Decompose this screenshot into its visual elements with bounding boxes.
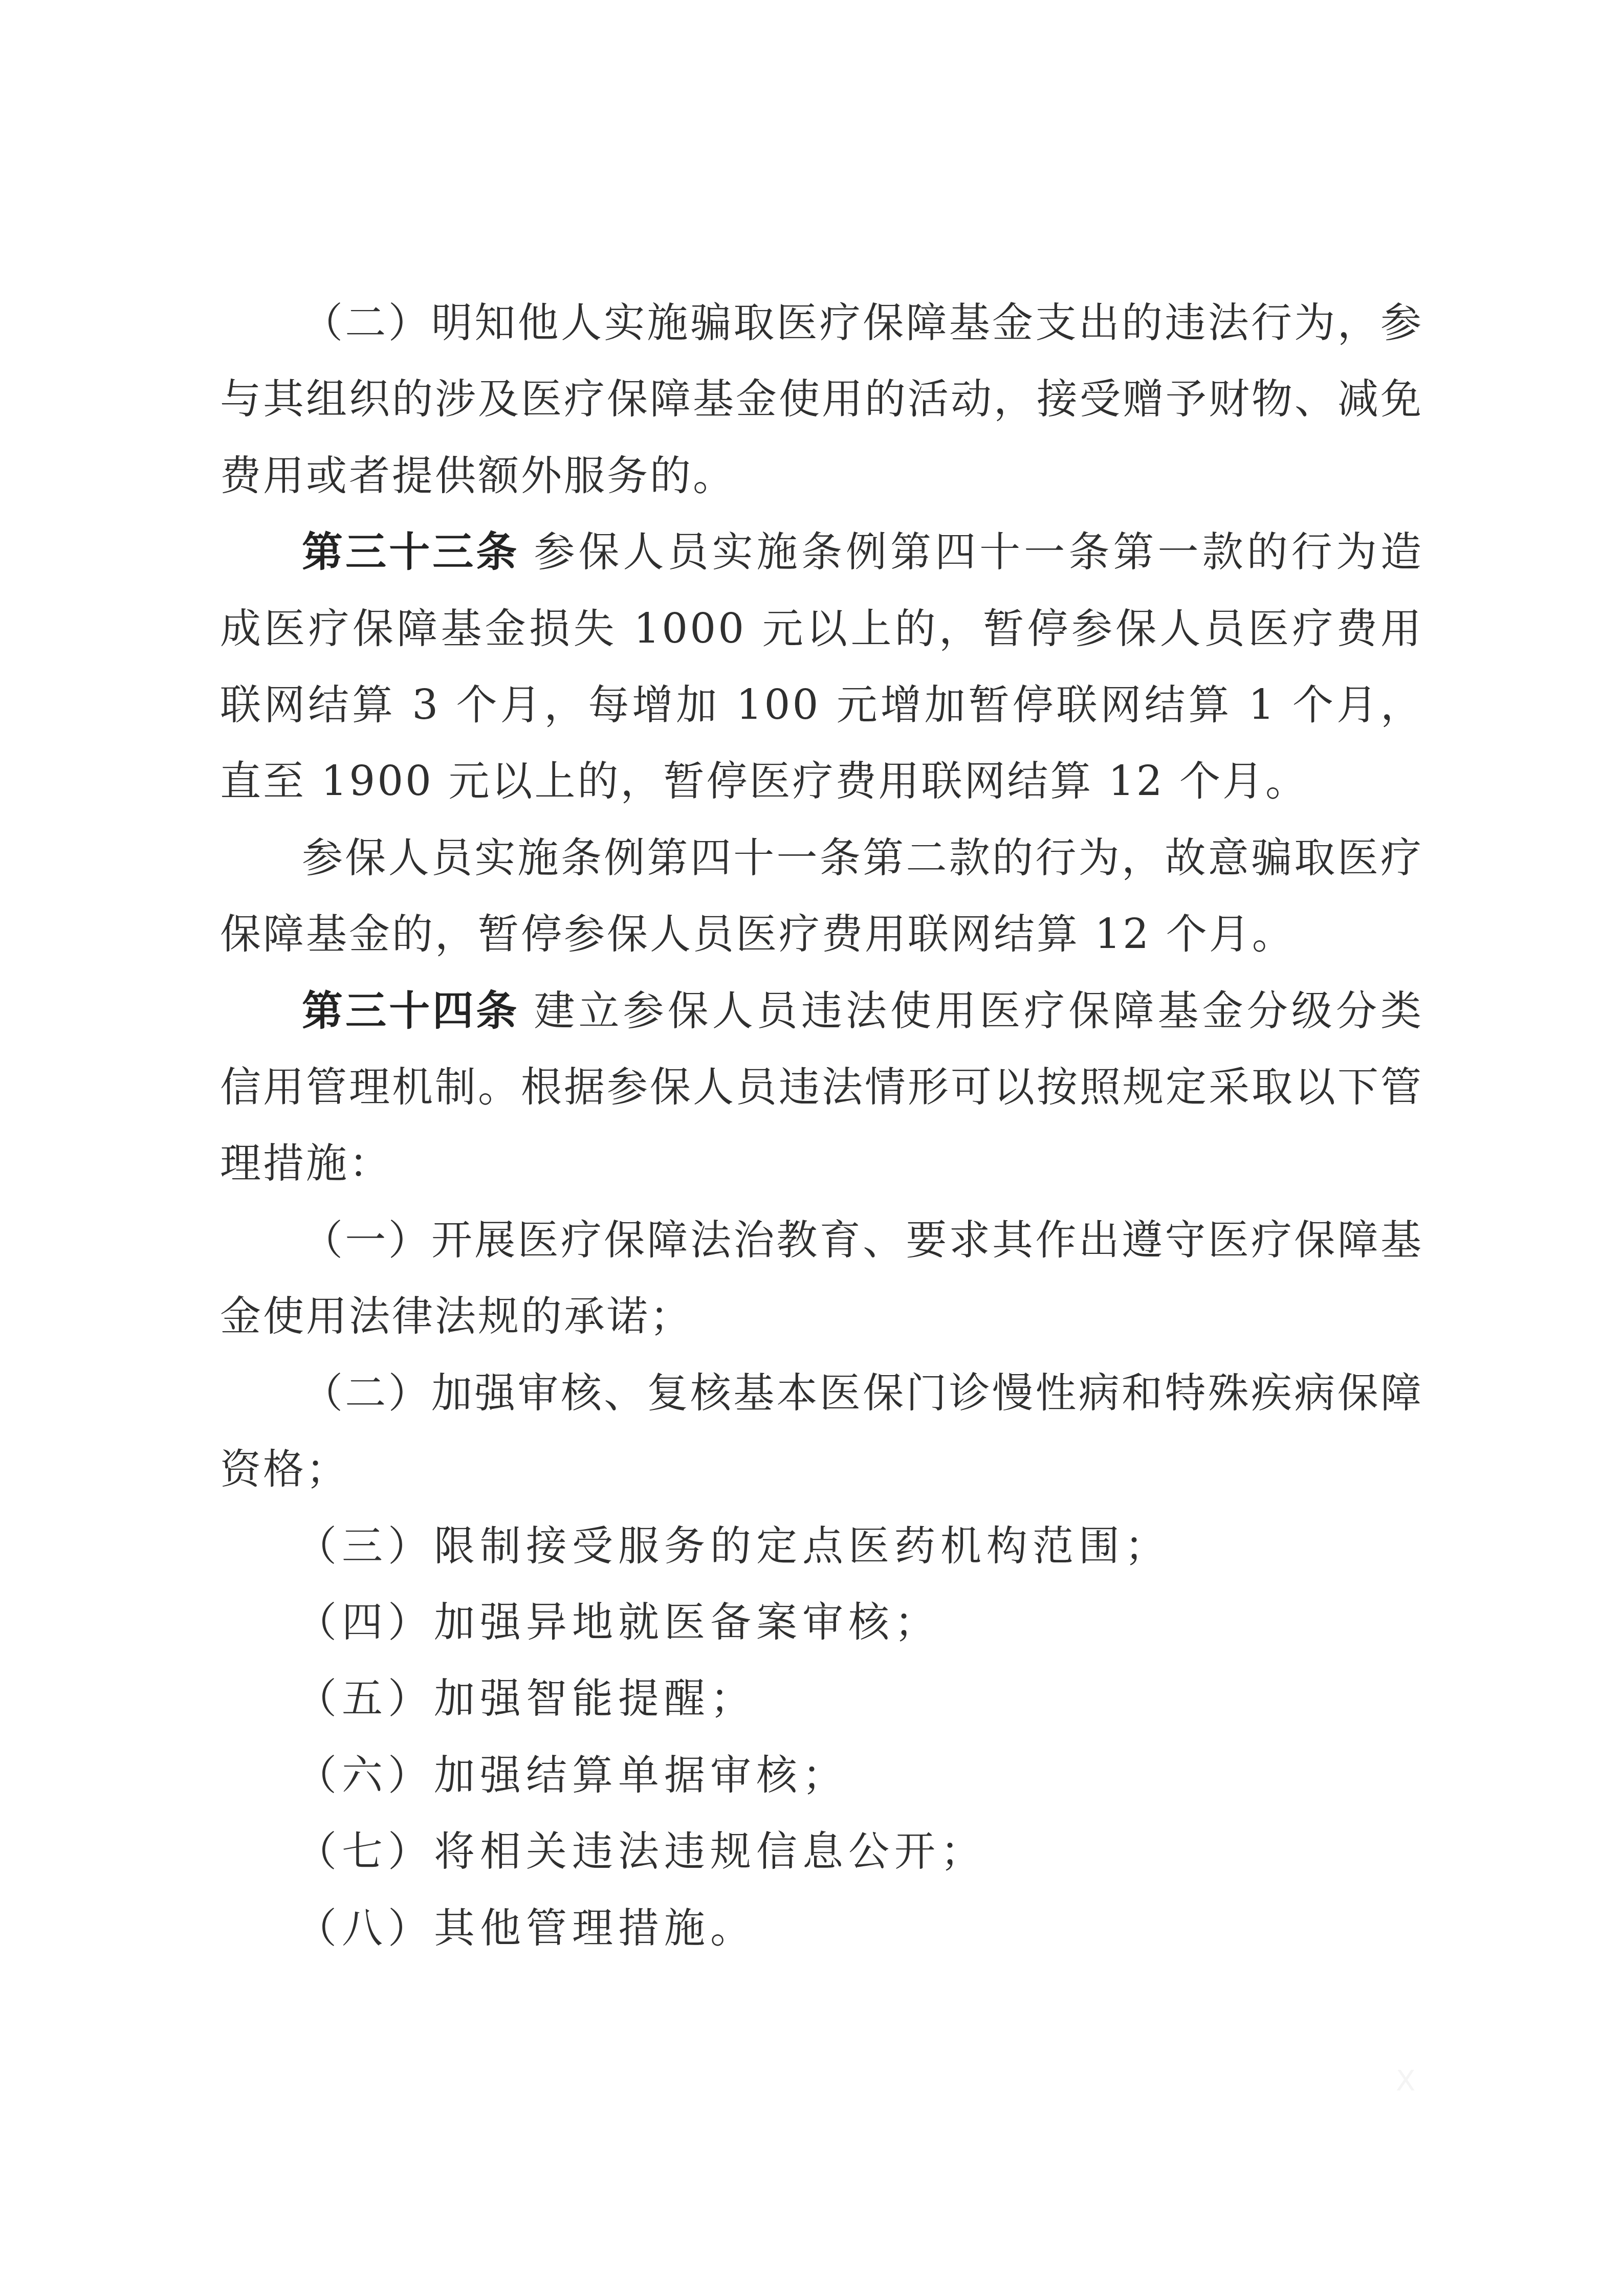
measure-6: （六）加强结算单据审核；: [220, 1737, 1423, 1813]
measure-2: （二）加强审核、复核基本医保门诊慢性病和特殊疾病保障资格；: [220, 1355, 1423, 1508]
measure-7: （七）将相关违法违规信息公开；: [220, 1813, 1423, 1889]
document-page: （二）明知他人实施骗取医疗保障基金支出的违法行为，参与其组织的涉及医疗保障基金使…: [220, 284, 1423, 1966]
measure-8: （八）其他管理措施。: [220, 1890, 1423, 1966]
faint-x-mark-icon: X: [1396, 2068, 1417, 2094]
measure-4: （四）加强异地就医备案审核；: [220, 1584, 1423, 1660]
article-33: 第三十三条参保人员实施条例第四十一条第一款的行为造成医疗保障基金损失 1000 …: [220, 514, 1423, 820]
article-33-heading: 第三十三条: [302, 528, 519, 576]
measure-5: （五）加强智能提醒；: [220, 1660, 1423, 1736]
article-33-paragraph-2: 参保人员实施条例第四十一条第二款的行为，故意骗取医疗保障基金的，暂停参保人员医疗…: [220, 820, 1423, 973]
measure-3: （三）限制接受服务的定点医药机构范围；: [220, 1508, 1423, 1584]
paragraph-item-2: （二）明知他人实施骗取医疗保障基金支出的违法行为，参与其组织的涉及医疗保障基金使…: [220, 284, 1423, 514]
measure-1: （一）开展医疗保障法治教育、要求其作出遵守医疗保障基金使用法律法规的承诺；: [220, 1202, 1423, 1355]
article-34: 第三十四条建立参保人员违法使用医疗保障基金分级分类信用管理机制。根据参保人员违法…: [220, 973, 1423, 1202]
article-34-heading: 第三十四条: [302, 987, 519, 1034]
